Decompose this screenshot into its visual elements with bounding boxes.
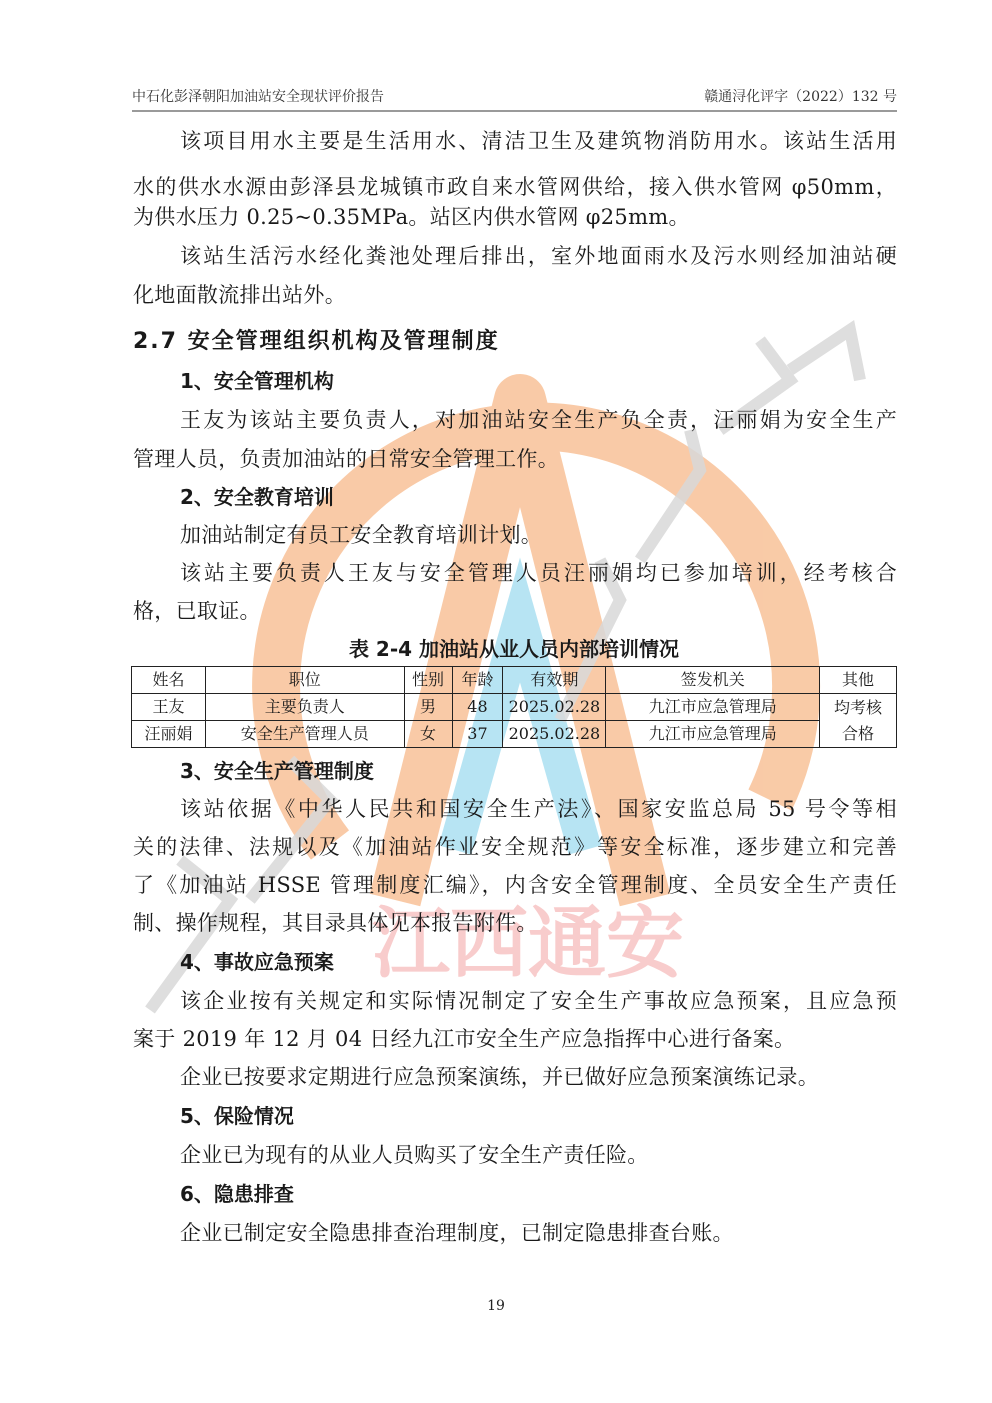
paragraph-line: 该站主要负责人王友与安全管理人员汪丽娟均已参加培训，经考核合 xyxy=(180,558,897,588)
paragraph-line: 化地面散流排出站外。 xyxy=(133,280,346,310)
header-cell-age: 年龄 xyxy=(452,667,503,694)
cell-name: 王友 xyxy=(132,694,206,721)
paragraph-line: 加油站制定有员工安全教育培训计划。 xyxy=(180,520,542,550)
subsection-heading-training: 2、安全教育培训 xyxy=(180,482,334,512)
cell-name: 汪丽娟 xyxy=(132,721,206,748)
subsection-heading-management: 1、安全管理机构 xyxy=(180,366,334,396)
header-cell-name: 姓名 xyxy=(132,667,206,694)
paragraph-line: 案于 2019 年 12 月 04 日经九江市安全生产应急指挥中心进行备案。 xyxy=(133,1024,795,1054)
paragraph-line: 企业已按要求定期进行应急预案演练，并已做好应急预案演练记录。 xyxy=(180,1062,819,1092)
cell-validity: 2025.02.28 xyxy=(503,721,606,748)
header-cell-gender: 性别 xyxy=(404,667,452,694)
paragraph-line: 关的法律、法规以及《加油站作业安全规范》等安全标准，逐步建立和完善 xyxy=(133,832,897,862)
header-divider xyxy=(132,110,897,112)
document-page: 中石化彭泽朝阳加油站安全现状评价报告 赣通浔化评字（2022）132 号 该项目… xyxy=(0,0,992,1403)
header-cell-position: 职位 xyxy=(205,667,404,694)
cell-age: 37 xyxy=(452,721,503,748)
cell-position: 主要负责人 xyxy=(205,694,404,721)
table-row: 汪丽娟 安全生产管理人员 女 37 2025.02.28 九江市应急管理局 xyxy=(132,721,897,748)
paragraph-line: 管理人员，负责加油站的日常安全管理工作。 xyxy=(133,444,559,474)
paragraph-line: 格，已取证。 xyxy=(133,596,261,626)
subsection-heading-emergency: 4、事故应急预案 xyxy=(180,947,334,977)
paragraph-line: 该站生活污水经化粪池处理后排出，室外地面雨水及污水则经加油站硬 xyxy=(180,241,897,271)
paragraph-line: 企业已为现有的从业人员购买了安全生产责任险。 xyxy=(180,1140,649,1170)
header-cell-validity: 有效期 xyxy=(503,667,606,694)
table-row: 王友 主要负责人 男 48 2025.02.28 九江市应急管理局 均考核合格 xyxy=(132,694,897,721)
cell-issuer: 九江市应急管理局 xyxy=(606,721,820,748)
subsection-heading-hazard: 6、隐患排查 xyxy=(180,1179,294,1209)
cell-age: 48 xyxy=(452,694,503,721)
paragraph-line: 该项目用水主要是生活用水、清洁卫生及建筑物消防用水。该站生活用 xyxy=(180,126,897,156)
cell-other-merged: 均考核合格 xyxy=(820,694,897,748)
cell-validity: 2025.02.28 xyxy=(503,694,606,721)
cell-gender: 女 xyxy=(404,721,452,748)
page-number: 19 xyxy=(0,1298,992,1314)
training-table: 姓名 职位 性别 年龄 有效期 签发机关 其他 王友 主要负责人 男 48 20… xyxy=(131,666,897,748)
paragraph-line: 该站依据《中华人民共和国安全生产法》、国家安监总局 55 号令等相 xyxy=(180,794,897,824)
paragraph-line: 该企业按有关规定和实际情况制定了安全生产事故应急预案，且应急预 xyxy=(180,986,897,1016)
paragraph-line: 水的供水水源由彭泽县龙城镇市政自来水管网供给，接入供水管网 φ50mm， xyxy=(133,172,897,202)
cell-position: 安全生产管理人员 xyxy=(205,721,404,748)
paragraph-line: 为供水压力 0.25~0.35MPa。站区内供水管网 φ25mm。 xyxy=(133,202,690,232)
cell-issuer: 九江市应急管理局 xyxy=(606,694,820,721)
header-report-number: 赣通浔化评字（2022）132 号 xyxy=(704,86,897,106)
header-report-title: 中石化彭泽朝阳加油站安全现状评价报告 xyxy=(132,86,384,106)
page-header: 中石化彭泽朝阳加油站安全现状评价报告 赣通浔化评字（2022）132 号 xyxy=(132,86,897,108)
paragraph-line: 了《加油站 HSSE 管理制度汇编》，内含安全管理制度、全员安全生产责任 xyxy=(133,870,897,900)
cell-gender: 男 xyxy=(404,694,452,721)
header-cell-other: 其他 xyxy=(820,667,897,694)
paragraph-line: 王友为该站主要负责人，对加油站安全生产负全责，汪丽娟为安全生产 xyxy=(180,405,897,435)
table-header-row: 姓名 职位 性别 年龄 有效期 签发机关 其他 xyxy=(132,667,897,694)
paragraph-line: 企业已制定安全隐患排查治理制度，已制定隐患排查台账。 xyxy=(180,1218,734,1248)
table-caption: 表 2-4 加油站从业人员内部培训情况 xyxy=(131,634,897,664)
section-title: 2.7 安全管理组织机构及管理制度 xyxy=(133,327,500,357)
subsection-heading-insurance: 5、保险情况 xyxy=(180,1101,294,1131)
header-cell-issuer: 签发机关 xyxy=(606,667,820,694)
paragraph-line: 制、操作规程，其目录具体见本报告附件。 xyxy=(133,908,538,938)
subsection-heading-rules: 3、安全生产管理制度 xyxy=(180,756,374,786)
